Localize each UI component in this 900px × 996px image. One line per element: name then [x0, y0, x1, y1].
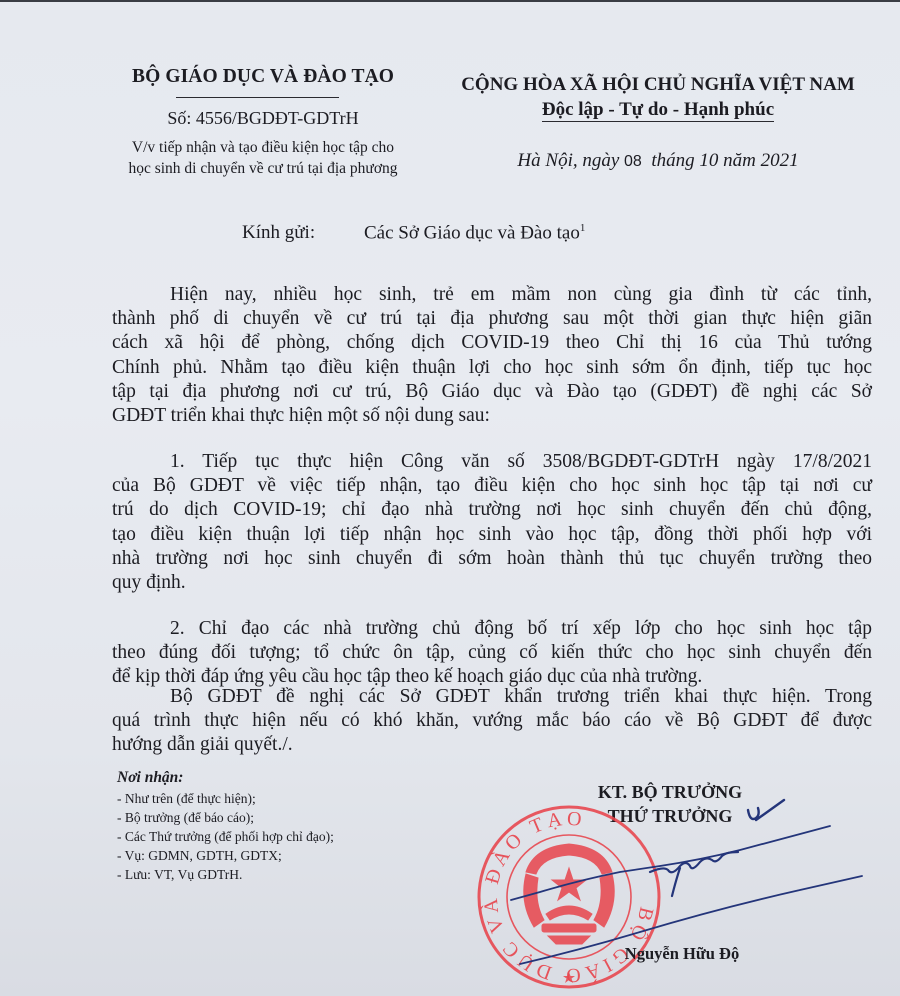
body-text-line: trú do dịch COVID-19; chỉ đạo nhà trường… — [112, 498, 872, 522]
body-text-line: quy định. — [112, 571, 872, 595]
body-paragraph-intro: Hiện nay, nhiều học sinh, trẻ em mầm non… — [112, 283, 872, 428]
body-text-line: theo đúng đối tượng; tổ chức ôn tập, củn… — [112, 641, 872, 665]
ministry-underline — [176, 97, 339, 98]
body-text-line: của Bộ GDĐT về việc tiếp nhận, tạo điều … — [112, 474, 872, 498]
date-day: 08 — [624, 153, 642, 170]
recipient-label: Kính gửi: — [242, 222, 315, 244]
body-text-line: 1. Tiếp tục thực hiện Công văn số 3508/B… — [112, 450, 872, 474]
national-title: CỘNG HÒA XÃ HỘI CHỦ NGHĨA VIỆT NAM — [446, 74, 870, 96]
body-text-line: 2. Chỉ đạo các nhà trường chủ động bố tr… — [112, 617, 872, 641]
distribution-item: - Các Thứ trưởng (để phối hợp chỉ đạo); — [117, 827, 334, 846]
recipient-value: Các Sở Giáo dục và Đào tạo1 — [364, 222, 585, 244]
dateline: Hà Nội, ngày 08 tháng 10 năm 2021 — [446, 150, 870, 172]
distribution-item: - Vụ: GDMN, GDTH, GDTX; — [117, 846, 334, 865]
top-edge-bar — [0, 0, 900, 2]
distribution-title: Nơi nhận: — [117, 769, 183, 787]
document-subject: V/v tiếp nhận và tạo điều kiện học tập c… — [100, 137, 426, 179]
body-text-line: hướng dẫn giải quyết./. — [112, 733, 872, 757]
distribution-item: - Như trên (để thực hiện); — [117, 789, 334, 808]
body-text-line: Chính phủ. Nhằm tạo điều kiện thuận lợi … — [112, 356, 872, 380]
body-text-line: Hiện nay, nhiều học sinh, trẻ em mầm non… — [112, 283, 872, 307]
body-paragraph-item-2: 2. Chỉ đạo các nhà trường chủ động bố tr… — [112, 617, 872, 690]
subject-line: học sinh di chuyển về cư trú tại địa phư… — [100, 158, 426, 179]
signer-name: Nguyễn Hữu Độ — [582, 944, 782, 964]
date-suffix: tháng 10 năm 2021 — [642, 150, 799, 171]
ministry-name: BỘ GIÁO DỤC VÀ ĐÀO TẠO — [118, 66, 408, 88]
body-text-line: nhà trường nơi học sinh chuyển đi sớm ho… — [112, 547, 872, 571]
body-text-line: Bộ GDĐT đề nghị các Sở GDĐT khẩn trương … — [112, 685, 872, 709]
recipient-name: Các Sở Giáo dục và Đào tạo — [364, 222, 580, 243]
distribution-item: - Bộ trưởng (để báo cáo); — [117, 808, 334, 827]
body-text-line: quá trình thực hiện nếu có khó khăn, vướ… — [112, 709, 872, 733]
footnote-mark: 1 — [580, 222, 586, 234]
body-text-line: tạo điều kiện thuận lợi tiếp nhận học si… — [112, 523, 872, 547]
national-emblem-icon — [524, 844, 614, 944]
body-text-line: tập tại địa phương nơi cư trú, Bộ Giáo d… — [112, 380, 872, 404]
document-number: Số: 4556/BGDĐT-GDTrH — [118, 108, 408, 129]
signature-title-line-1: KT. BỘ TRƯỞNG — [560, 782, 780, 803]
body-paragraph-closing: Bộ GDĐT đề nghị các Sở GDĐT khẩn trương … — [112, 685, 872, 758]
subject-line: V/v tiếp nhận và tạo điều kiện học tập c… — [100, 137, 426, 158]
distribution-list: - Như trên (để thực hiện); - Bộ trưởng (… — [117, 789, 334, 884]
date-prefix: Hà Nội, ngày — [517, 150, 624, 171]
motto-text: Độc lập - Tự do - Hạnh phúc — [542, 99, 774, 122]
body-text-line: cách xã hội để phòng, chống dịch COVID-1… — [112, 331, 872, 355]
body-text-line: GDĐT triển khai thực hiện một số nội dun… — [112, 404, 872, 428]
body-paragraph-item-1: 1. Tiếp tục thực hiện Công văn số 3508/B… — [112, 450, 872, 595]
national-motto: Độc lập - Tự do - Hạnh phúc — [446, 99, 870, 121]
distribution-item: - Lưu: VT, Vụ GDTrH. — [117, 865, 334, 884]
body-text-line: thành phố di chuyển về cư trú tại địa ph… — [112, 307, 872, 331]
